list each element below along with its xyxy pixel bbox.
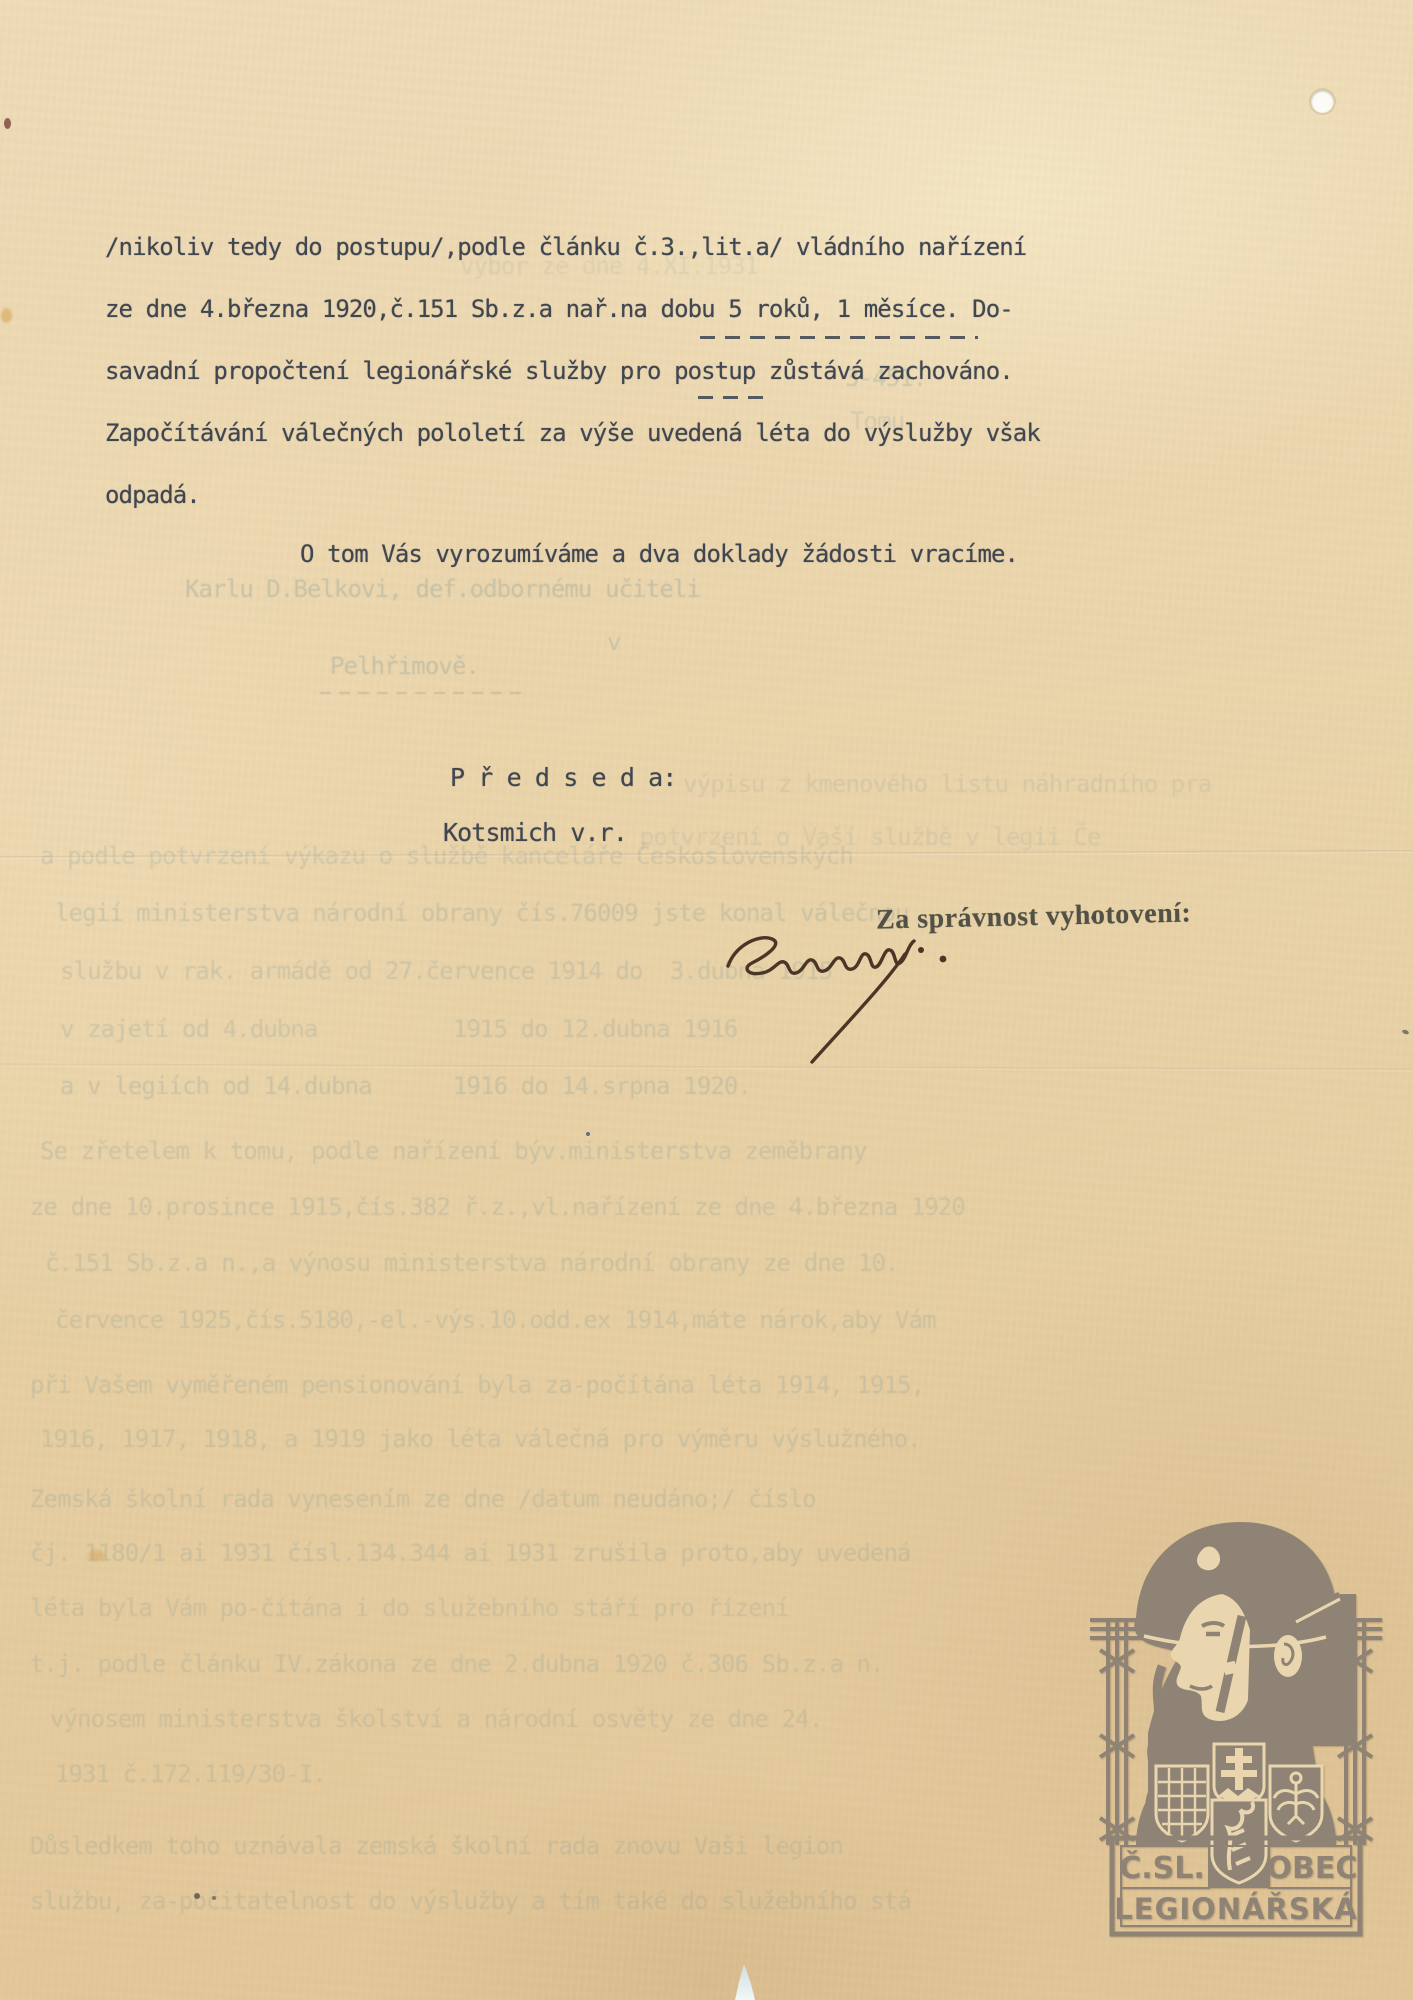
soldier-ear: [1274, 1635, 1302, 1677]
bleedthrough-line: léta byla Vám po-čítána i do služebního …: [30, 1594, 789, 1622]
bleedthrough-line: 1931 č.172.119/30-I.: [55, 1760, 326, 1788]
typed-line: savadní propočtení legionářské služby pr…: [105, 357, 1013, 385]
bleedthrough-line: ze dne 10.prosince 1915,čís.382 ř.z.,vl.…: [30, 1193, 965, 1221]
signer-name: Kotsmich v.r.: [443, 818, 627, 847]
signature-i-dot: [918, 947, 924, 953]
bleedthrough-line: č.151 Sb.z.a n.,a výnosu ministerstva ná…: [45, 1249, 899, 1277]
bleedthrough-line: a v legiích od 14.dubna 1916 do 14.srpna…: [60, 1072, 751, 1100]
bleedthrough-line: 1916, 1917, 1918, a 1919 jako léta váleč…: [40, 1425, 921, 1453]
typed-line: ze dne 4.března 1920,č.151 Sb.z.a nař.na…: [105, 295, 1013, 323]
signature-stroke: [728, 938, 914, 1062]
scanned-letter-page: výbor ze dne 4.XI.19313-451.TomuKarlu D.…: [0, 0, 1413, 2000]
typed-dashed-underline: [700, 336, 978, 339]
stain-spot: [1, 308, 12, 323]
bleedthrough-line: službu, za-počitatelnost do výslužby a t…: [30, 1887, 911, 1915]
paper-tear-mark: [735, 1964, 755, 2000]
predseda-title: P ř e d s e d a:: [450, 763, 676, 792]
typed-line: /nikoliv tedy do postupu/,podle článku č…: [105, 233, 1026, 261]
bleedthrough-line: při Vašem vyměřeném pensionování byla za…: [30, 1371, 924, 1399]
signature-period: [940, 956, 947, 963]
ink-speck: [1402, 1029, 1410, 1035]
handwritten-signature: [702, 912, 1002, 1082]
ink-speck: [4, 118, 11, 129]
emblem-text-csl: Č.SL.: [1119, 1849, 1205, 1886]
ink-speck: [586, 1132, 590, 1136]
bleedthrough-line: Se zřetelem k tomu, podle nařízení býv.m…: [40, 1137, 867, 1165]
bleedthrough-line: Důsledkem toho uznávala zemská školní ra…: [30, 1832, 843, 1860]
punch-hole: [1311, 90, 1334, 113]
bleedthrough-line: čj. 1180/1 ai 1931 čísl.134.344 ai 1931 …: [30, 1539, 911, 1567]
typed-line: odpadá.: [105, 481, 200, 509]
bleedthrough-line: t.j. podle článku IV.zákona ze dne 2.dub…: [30, 1650, 884, 1678]
bleedthrough-line: výnosem ministerstva školství a národní …: [50, 1705, 822, 1733]
emblem-text-legionarska: LEGIONÁŘSKÁ: [1114, 1892, 1357, 1926]
bleedthrough-line: v zajetí od 4.dubna 1915 do 12.dubna 191…: [60, 1015, 737, 1043]
emblem-text-obec: OBEC: [1267, 1851, 1358, 1886]
typed-dashed-underline: [698, 396, 764, 399]
bohemian-lion-shield: [1212, 1800, 1266, 1883]
bleedthrough-line: výpisu z kmenového listu náhradního pra: [683, 770, 1211, 798]
bleedthrough-line: Pelhřimově.: [330, 652, 479, 680]
bleedthrough-line: Zemská školní rada vynesením ze dne /dat…: [30, 1485, 816, 1513]
typed-line: Započítávání válečných pololetí za výše …: [105, 419, 1040, 447]
strap-buckle: [1223, 1661, 1237, 1675]
bleedthrough-line: července 1925,čís.5180,-el.-výs.10.odd.e…: [55, 1306, 936, 1334]
bleedthrough-underline: [320, 692, 525, 694]
typed-line: O tom Vás vyrozumíváme a dva doklady žád…: [300, 540, 1018, 568]
legion-emblem: Č.SL. OBEC LEGIONÁŘSKÁ: [1090, 1498, 1382, 1990]
bleedthrough-line: v: [607, 628, 621, 656]
bleedthrough-line: Karlu D.Belkovi, def.odbornému učiteli: [185, 575, 700, 603]
